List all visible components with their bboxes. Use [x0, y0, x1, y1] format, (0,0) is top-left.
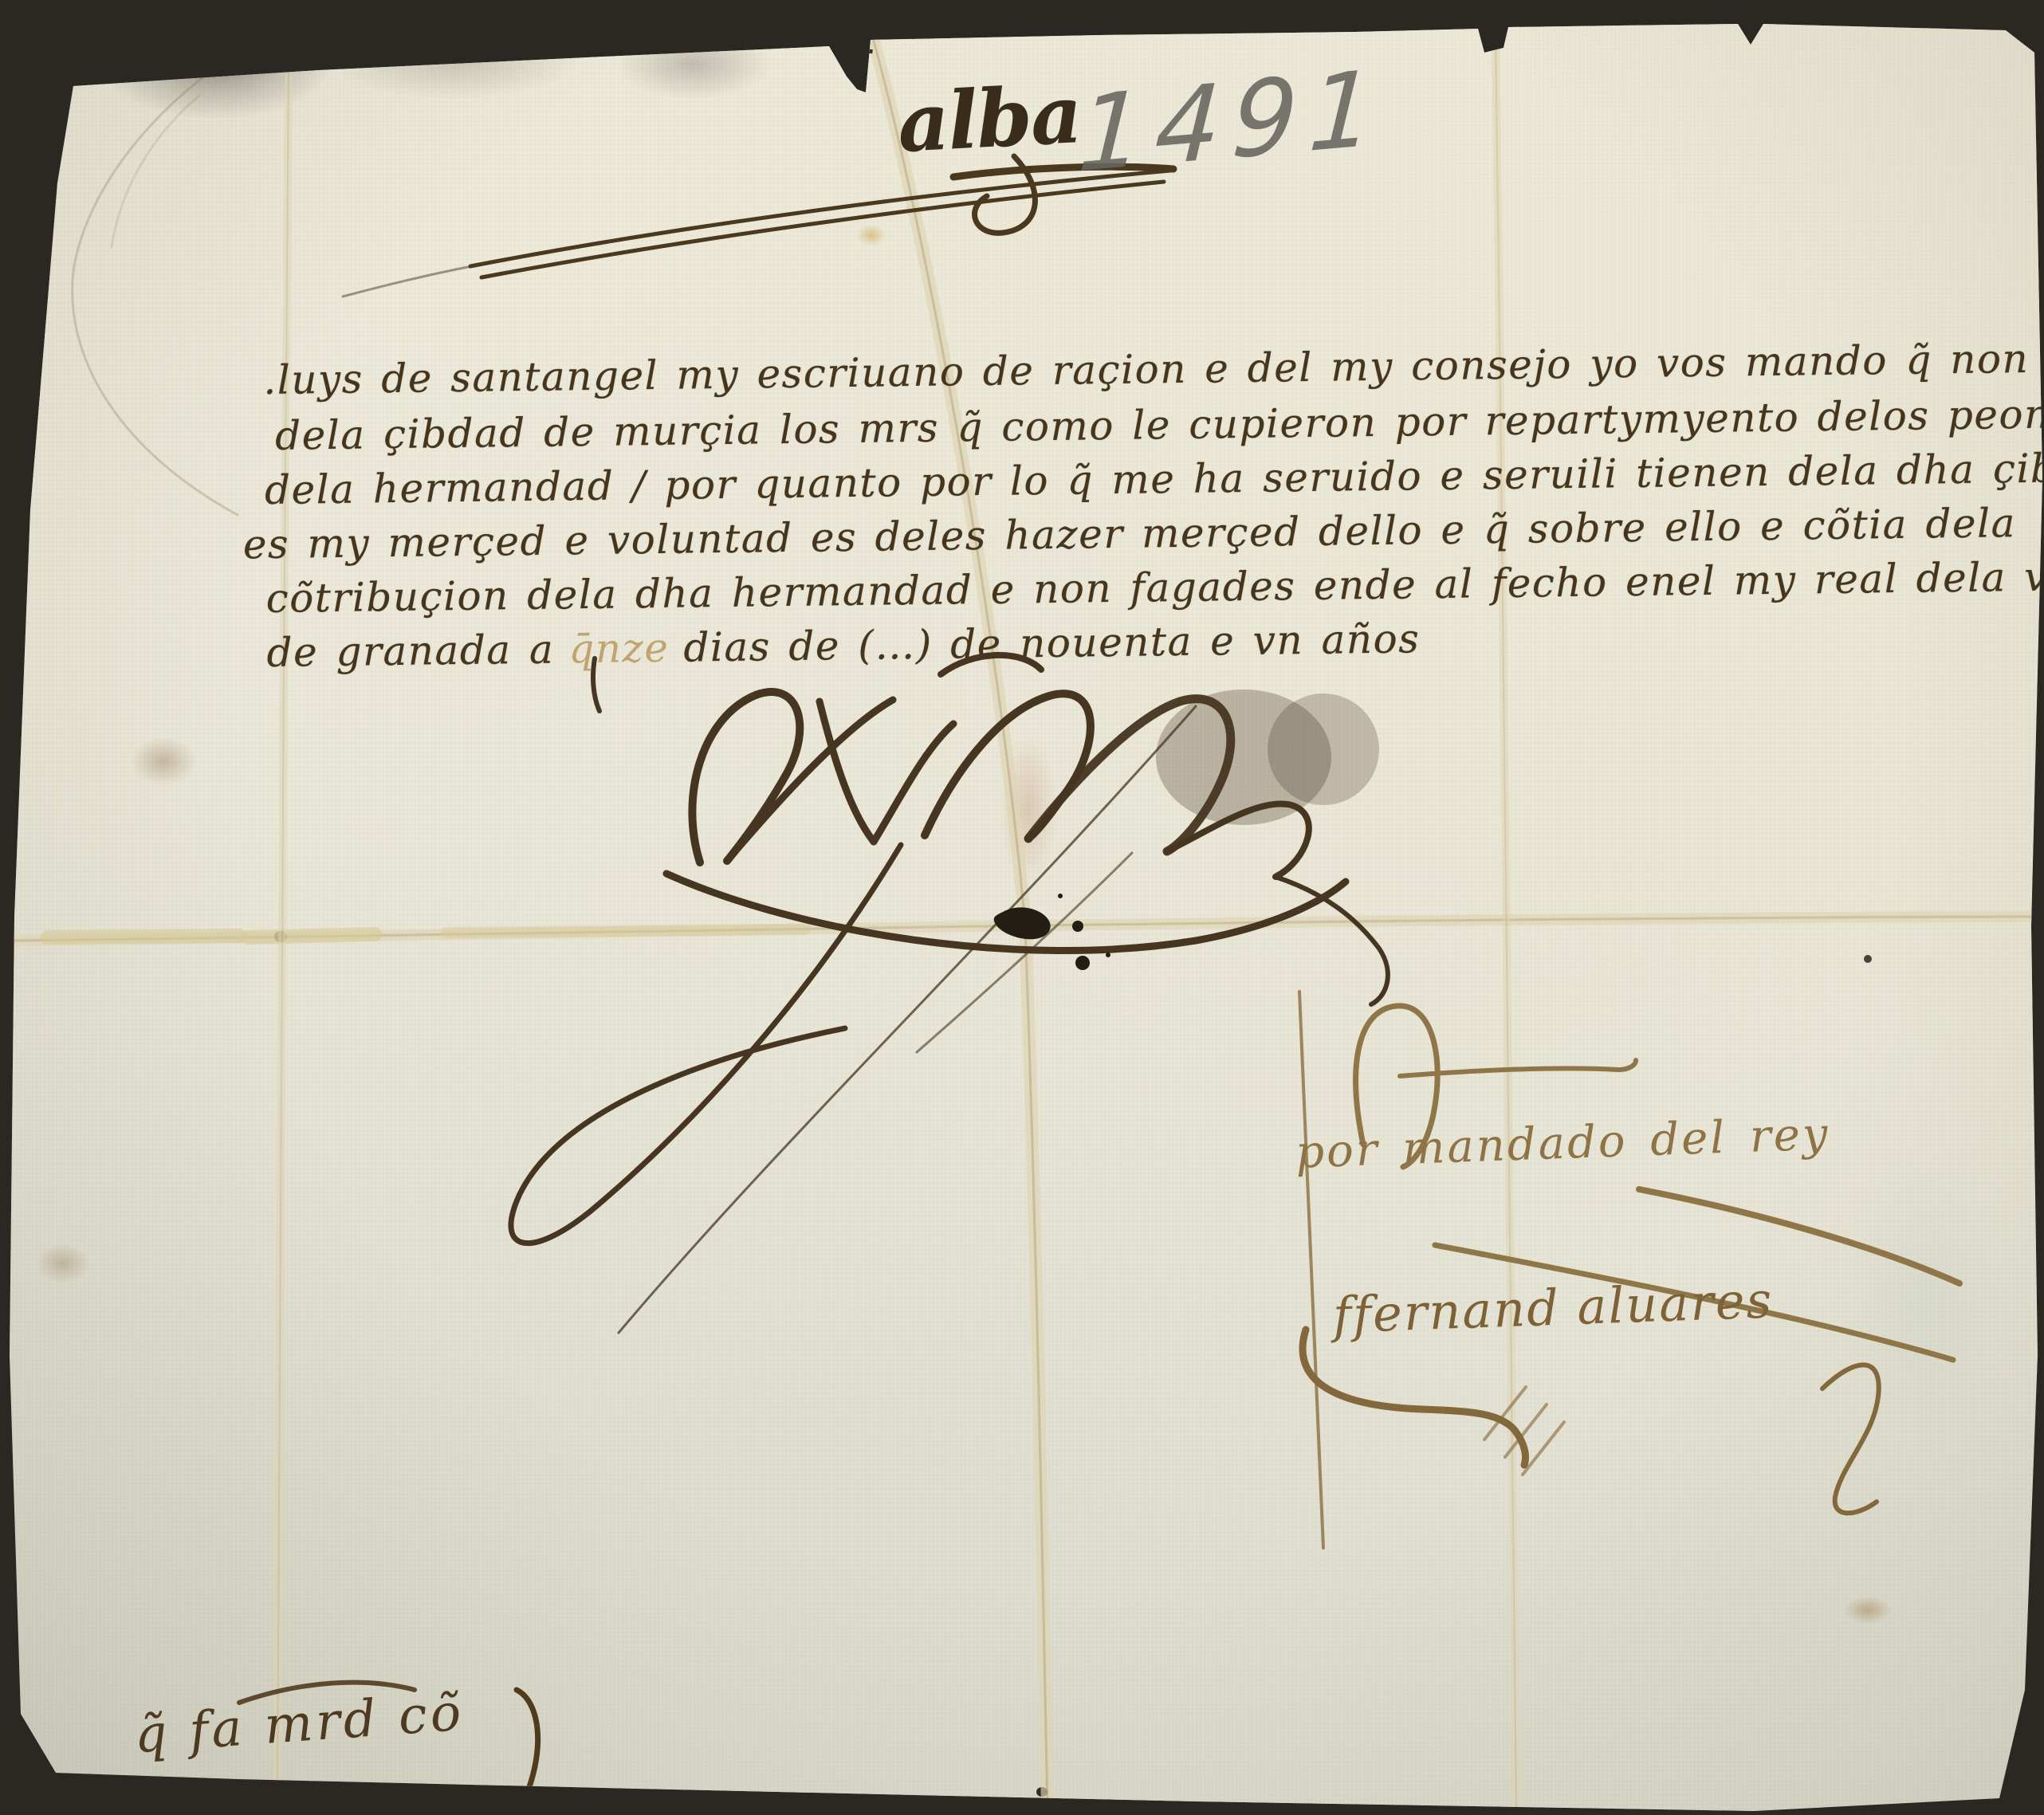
secretary-underline — [1303, 1330, 1879, 1513]
photo-background: + alba 1491 .luys de santangel my escriu… — [0, 0, 2044, 1815]
royal-signature-rubric — [593, 655, 1388, 1004]
docket-word: alba — [895, 67, 1083, 171]
letter-line-6-day-faded: q̄nze — [568, 625, 670, 673]
cross-mark: + — [831, 17, 882, 81]
letter-line-6-pre: de granada a — [266, 627, 554, 676]
letter-text-block: .luys de santangel my escriuano de raçio… — [263, 333, 2044, 634]
ink-blot-center — [994, 894, 1110, 970]
letter-line-6-post: dias de (…) de nouenta e vn años — [683, 615, 1421, 670]
fold-crease-vertical-left — [277, 73, 289, 1784]
secretary-flourishes — [1299, 992, 1959, 1548]
ink-drawing-layer — [0, 0, 2044, 1815]
paper-sheet: + alba 1491 .luys de santangel my escriu… — [0, 0, 2044, 1815]
docket-flourish — [343, 156, 1173, 297]
